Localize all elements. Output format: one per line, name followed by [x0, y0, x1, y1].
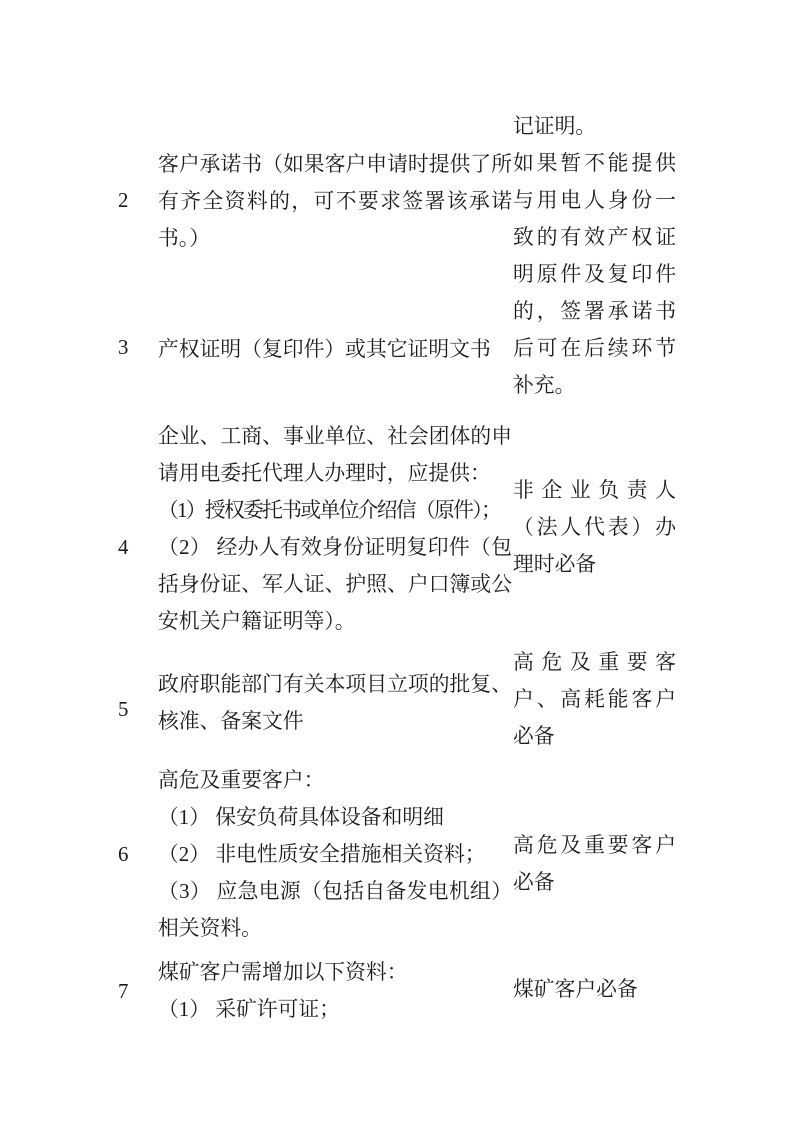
row-5-note-cell: 高危及重要客 户、高耗能客户 必备	[513, 644, 676, 755]
text-line: 与用电人身份一	[513, 182, 676, 219]
text-line: 核准、备案文件	[158, 703, 512, 740]
text-line: 非企业负责人	[513, 472, 676, 509]
text-line: 高危及重要客户：	[158, 762, 512, 799]
text-line: 致的有效产权证	[513, 219, 676, 256]
text-line: （1） 采矿许可证；	[158, 991, 512, 1028]
row-7-number: 7	[118, 973, 154, 1010]
row-4-number: 4	[118, 529, 154, 566]
text-line: 请用电委托代理人办理时，应提供：	[158, 455, 512, 492]
text-line: 记证明。	[513, 108, 676, 145]
note-cell-rows-1-to-3: 记证明。 如果暂不能提供 与用电人身份一 致的有效产权证 明原件及复印件 的，签…	[513, 108, 676, 404]
row-6-note-cell: 高危及重要客户 必备	[513, 827, 676, 901]
text-line: 括身份证、军人证、护照、户口簿或公	[158, 566, 512, 603]
row-6-desc-cell: 高危及重要客户： （1） 保安负荷具体设备和明细 （2） 非电性质安全措施相关资…	[158, 762, 512, 947]
text-line: 如果暂不能提供	[513, 145, 676, 182]
row-5-number: 5	[118, 691, 154, 728]
text-line: 书。）	[158, 220, 512, 257]
text-line: 企业、工商、事业单位、社会团体的申	[158, 418, 512, 455]
text-line: 煤矿客户需增加以下资料：	[158, 954, 512, 991]
row-3-desc-cell: 产权证明（复印件）或其它证明文书	[158, 331, 512, 368]
text-line: （法人代表）办	[513, 509, 676, 546]
text-line: 产权证明（复印件）或其它证明文书	[158, 331, 512, 368]
text-line: （1） 保安负荷具体设备和明细	[158, 799, 512, 836]
row-2-number: 2	[118, 182, 154, 219]
row-7-desc-cell: 煤矿客户需增加以下资料： （1） 采矿许可证；	[158, 954, 512, 1028]
text-line: 理时必备	[513, 546, 676, 583]
text-line: 户、高耗能客户	[513, 681, 676, 718]
text-line: 必备	[513, 718, 676, 755]
text-line: 有齐全资料的，可不要求签署该承诺	[158, 183, 512, 220]
text-line: 的，签署承诺书	[513, 293, 676, 330]
row-3-number: 3	[118, 329, 154, 366]
text-line: （3） 应急电源（包括自备发电机组）	[158, 873, 512, 910]
text-line: 高危及重要客户	[513, 827, 676, 864]
text-line: （1）授权委托书或单位介绍信（原件）；	[158, 492, 512, 529]
row-4-note-cell: 非企业负责人 （法人代表）办 理时必备	[513, 472, 676, 583]
row-2-desc-cell: 客户承诺书（如果客户申请时提供了所 有齐全资料的，可不要求签署该承诺 书。）	[158, 146, 512, 257]
text-line: 明原件及复印件	[513, 256, 676, 293]
text-line: 高危及重要客	[513, 644, 676, 681]
text-line: 安机关户籍证明等）。	[158, 603, 512, 640]
text-line: （2） 经办人有效身份证明复印件（包	[158, 529, 512, 566]
row-5-desc-cell: 政府职能部门有关本项目立项的批复、 核准、备案文件	[158, 666, 512, 740]
text-line: 政府职能部门有关本项目立项的批复、	[158, 666, 512, 703]
row-7-note-cell: 煤矿客户必备	[513, 971, 676, 1008]
row-6-number: 6	[118, 836, 154, 873]
row-4-desc-cell: 企业、工商、事业单位、社会团体的申 请用电委托代理人办理时，应提供： （1）授权…	[158, 418, 512, 640]
text-line: 必备	[513, 864, 676, 901]
document-page: 记证明。 如果暂不能提供 与用电人身份一 致的有效产权证 明原件及复印件 的，签…	[0, 0, 793, 1122]
text-line: 相关资料。	[158, 910, 512, 947]
text-line: 后可在后续环节	[513, 330, 676, 367]
text-line: 补充。	[513, 367, 676, 404]
text-line: 煤矿客户必备	[513, 971, 676, 1008]
text-line: （2） 非电性质安全措施相关资料；	[158, 836, 512, 873]
text-line: 客户承诺书（如果客户申请时提供了所	[158, 146, 512, 183]
